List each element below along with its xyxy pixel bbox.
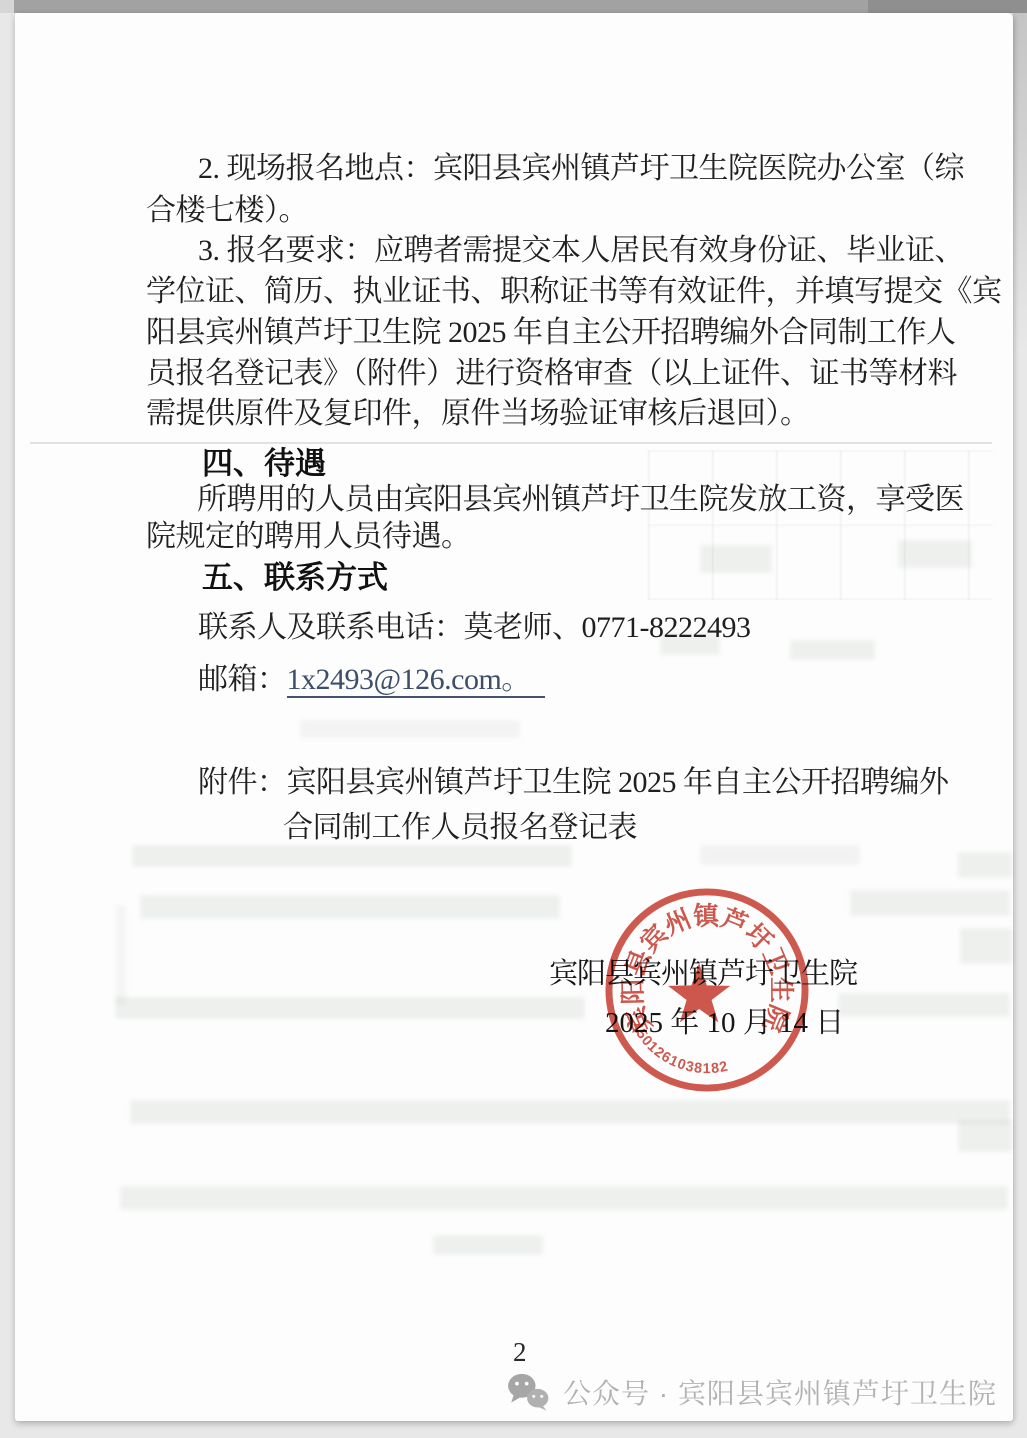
bleedthrough-mark — [700, 845, 860, 865]
wechat-icon — [505, 1372, 551, 1412]
bleedthrough-table — [648, 450, 993, 600]
bleedthrough-rule — [30, 442, 992, 444]
email-label: 邮箱： — [198, 663, 287, 696]
bleedthrough-mark — [958, 1120, 1012, 1152]
page-number: 2 — [513, 1337, 527, 1368]
body-line: 所聘用的人员由宾阳县宾州镇芦圩卫生院发放工资，享受医 — [197, 484, 964, 516]
scan-top-edge-right — [868, 0, 1027, 13]
watermark-text: 公众号 · 宾阳县宾州镇芦圩卫生院 — [563, 1372, 997, 1412]
body-line: 合楼七楼）。 — [146, 195, 308, 227]
bleedthrough-mark — [433, 1235, 543, 1255]
bleedthrough-mark — [898, 540, 972, 568]
bleedthrough-mark — [850, 890, 1010, 916]
bleedthrough-mark — [132, 845, 572, 867]
scan-top-edge-left — [0, 0, 14, 13]
bleedthrough-mark — [300, 720, 520, 738]
scan-right-edge — [1013, 13, 1027, 353]
stamp-star-icon — [668, 963, 730, 1022]
scanned-document-page: { "doc": { "body": { "l1": "2. 现场报名地点：宾阳… — [0, 0, 1027, 1438]
body-line: 学位证、简历、执业证书、职称证书等有效证件，并填写提交《宾 — [146, 276, 1002, 308]
section-heading-contact: 五、联系方式 — [202, 561, 388, 594]
body-line: 员报名登记表》（附件）进行资格审查（以上证件、证书等材料 — [146, 358, 957, 390]
body-line: 2. 现场报名地点：宾阳县宾州镇芦圩卫生院医院办公室（综 — [198, 153, 964, 185]
watermark-row: 公众号 · 宾阳县宾州镇芦圩卫生院 — [505, 1372, 997, 1412]
bleedthrough-mark — [120, 1186, 1008, 1210]
bleedthrough-mark — [838, 993, 1010, 1017]
email-address-link[interactable]: 1x2493@126.com。 — [287, 663, 545, 698]
bleedthrough-mark — [958, 852, 1012, 878]
bleedthrough-mark — [700, 545, 772, 573]
bleedthrough-mark — [140, 895, 560, 919]
contact-line: 联系人及联系电话：莫老师、0771-8222493 — [198, 612, 751, 644]
body-line: 3. 报名要求：应聘者需提交本人居民有效身份证、毕业证、 — [198, 235, 964, 267]
bleedthrough-mark — [116, 905, 126, 1005]
attachment-line: 附件：宾阳县宾州镇芦圩卫生院 2025 年自主公开招聘编外 — [198, 767, 949, 799]
section-heading-benefits: 四、待遇 — [202, 447, 326, 480]
body-line: 阳县宾州镇芦圩卫生院 2025 年自主公开招聘编外合同制工作人 — [146, 317, 956, 349]
bleedthrough-mark — [790, 640, 875, 660]
attachment-line: 合同制工作人员报名登记表 — [283, 812, 637, 844]
body-line: 需提供原件及复印件，原件当场验证审核后退回）。 — [146, 398, 810, 430]
official-stamp: 宾阳县宾州镇芦圩卫生院 4501261038182 — [603, 886, 811, 1094]
body-line: 院规定的聘用人员待遇。 — [146, 521, 471, 553]
bleedthrough-mark — [115, 997, 585, 1019]
bleedthrough-mark — [960, 928, 1012, 964]
stamp-ring-text: 宾阳县宾州镇芦圩卫生院 — [618, 902, 795, 1038]
bleedthrough-mark — [130, 1100, 1010, 1124]
email-line: 邮箱：1x2493@126.com。 — [198, 664, 545, 696]
